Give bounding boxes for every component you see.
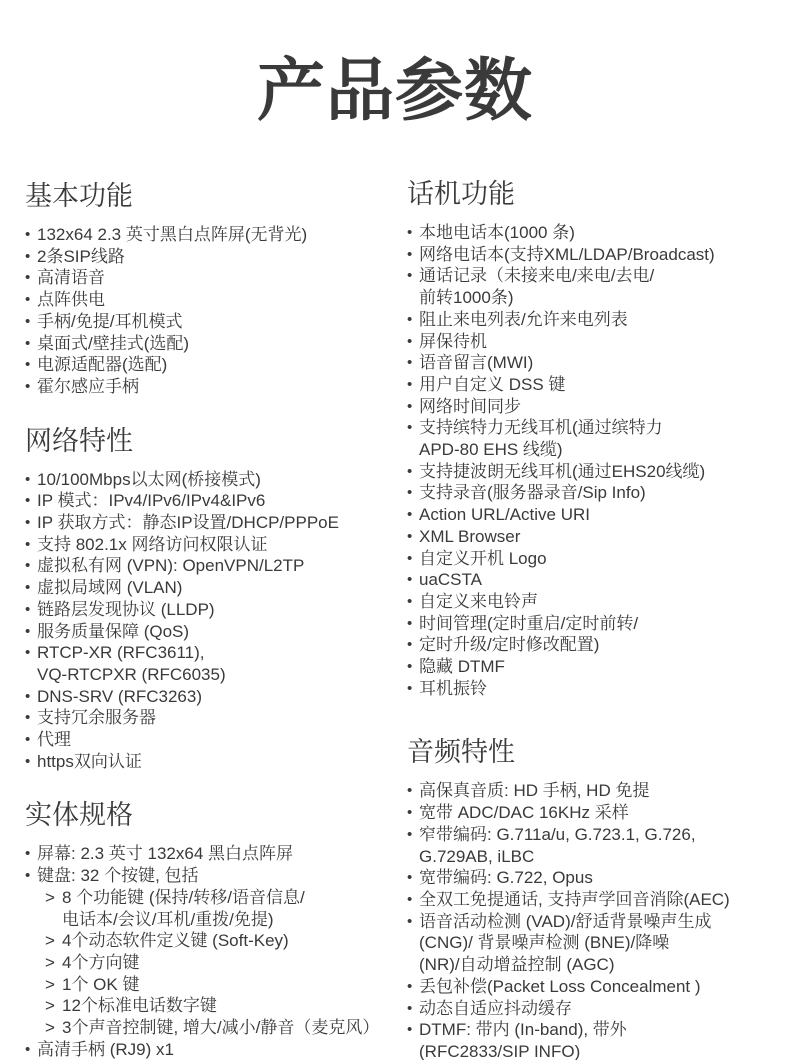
spec-item: •网络电话本(支持XML/LDAP/Broadcast) bbox=[407, 244, 789, 266]
bullet-icon: • bbox=[25, 555, 37, 577]
bullet-icon: • bbox=[407, 591, 419, 613]
spec-item-text: 本地电话本(1000 条) bbox=[419, 222, 575, 244]
spec-item-text: 电源适配器(选配) bbox=[37, 354, 167, 376]
spec-section: 网络特性•10/100Mbps以太网(桥接模式)•IP 模式：IPv4/IPv6… bbox=[25, 423, 407, 773]
spec-item: G.729AB, iLBC bbox=[407, 846, 789, 868]
spec-item-text: 耳机振铃 bbox=[419, 678, 487, 700]
spec-item: •手柄/免提/耳机模式 bbox=[25, 311, 407, 333]
bullet-icon: • bbox=[25, 490, 37, 512]
section-item-list: •高保真音质: HD 手柄, HD 免提•宽带 ADC/DAC 16KHz 采样… bbox=[407, 780, 789, 1060]
bullet-icon: • bbox=[407, 482, 419, 504]
spec-item: •代理 bbox=[25, 729, 407, 751]
spec-item-text: 桌面式/壁挂式(选配) bbox=[37, 333, 189, 355]
spec-item: •全双工免提通话, 支持声学回音消除(AEC) bbox=[407, 889, 789, 911]
spec-item-text: 宽带编码: G.722, Opus bbox=[419, 867, 593, 889]
bullet-icon: • bbox=[407, 613, 419, 635]
spec-item: APD-80 EHS 线缆) bbox=[407, 439, 789, 461]
bullet-icon: • bbox=[25, 267, 37, 289]
spec-item: •语音活动检测 (VAD)/舒适背景噪声生成 bbox=[407, 911, 789, 933]
bullet-icon: • bbox=[407, 976, 419, 998]
bullet-icon: • bbox=[25, 289, 37, 311]
spec-item: >8 个功能键 (保持/转移/语音信息/ bbox=[25, 887, 407, 909]
spec-item: (NR)/自动增益控制 (AGC) bbox=[407, 954, 789, 976]
spec-item-text: 10/100Mbps以太网(桥接模式) bbox=[37, 469, 261, 491]
section-heading: 实体规格 bbox=[25, 797, 407, 833]
bullet-icon: • bbox=[25, 621, 37, 643]
spec-item: •耳机振铃 bbox=[407, 678, 789, 700]
bullet-icon: • bbox=[407, 526, 419, 548]
spec-item: •支持冗余服务器 bbox=[25, 707, 407, 729]
spec-item: (RFC2833/SIP INFO) bbox=[407, 1041, 789, 1060]
bullet-icon: • bbox=[407, 802, 419, 824]
spec-item-text: 手柄/免提/耳机模式 bbox=[37, 311, 182, 333]
bullet-icon: • bbox=[407, 417, 419, 439]
spec-item: •IP 模式：IPv4/IPv6/IPv4&IPv6 bbox=[25, 490, 407, 512]
spec-item: •用户自定义 DSS 键 bbox=[407, 374, 789, 396]
spec-section: 基本功能•132x64 2.3 英寸黑白点阵屏(无背光)•2条SIP线路•高清语… bbox=[25, 178, 407, 398]
spec-item-text: 屏保待机 bbox=[419, 331, 487, 353]
spec-item: •支持缤特力无线耳机(通过缤特力 bbox=[407, 417, 789, 439]
spec-item: •高清语音 bbox=[25, 267, 407, 289]
spec-item-text: 点阵供电 bbox=[37, 289, 105, 311]
left-column: 基本功能•132x64 2.3 英寸黑白点阵屏(无背光)•2条SIP线路•高清语… bbox=[25, 178, 407, 1060]
section-item-list: •10/100Mbps以太网(桥接模式)•IP 模式：IPv4/IPv6/IPv… bbox=[25, 469, 407, 773]
spec-item: •屏保待机 bbox=[407, 331, 789, 353]
spec-item: •通话记录（未接来电/来电/去电/ bbox=[407, 265, 789, 287]
spec-item-text: 12个标准电话数字键 bbox=[62, 995, 217, 1017]
bullet-icon: • bbox=[25, 707, 37, 729]
bullet-icon: • bbox=[25, 354, 37, 376]
bullet-icon: • bbox=[25, 224, 37, 246]
spec-item: 前转1000条) bbox=[407, 287, 789, 309]
bullet-icon: • bbox=[407, 352, 419, 374]
spec-item: •霍尔感应手柄 bbox=[25, 376, 407, 398]
spec-item-text: 自定义开机 Logo bbox=[419, 548, 547, 570]
bullet-icon: • bbox=[25, 246, 37, 268]
section-item-list: •本地电话本(1000 条)•网络电话本(支持XML/LDAP/Broadcas… bbox=[407, 222, 789, 699]
spec-item: 电话本/会议/耳机/重拨/免提) bbox=[25, 909, 407, 931]
bullet-icon: • bbox=[25, 729, 37, 751]
spec-item: •虚拟私有网 (VPN): OpenVPN/L2TP bbox=[25, 555, 407, 577]
spec-item: VQ-RTCPXR (RFC6035) bbox=[25, 664, 407, 686]
bullet-icon: • bbox=[25, 534, 37, 556]
bullet-icon: • bbox=[25, 333, 37, 355]
spec-item: •支持 802.1x 网络访问权限认证 bbox=[25, 534, 407, 556]
bullet-icon: • bbox=[407, 374, 419, 396]
spec-item-text: RTCP-XR (RFC3611), bbox=[37, 642, 205, 664]
spec-item: •自定义开机 Logo bbox=[407, 548, 789, 570]
spec-item-text: 网络电话本(支持XML/LDAP/Broadcast) bbox=[419, 244, 715, 266]
spec-item-text: 动态自适应抖动缓存 bbox=[419, 998, 572, 1020]
section-heading: 音频特性 bbox=[407, 734, 789, 770]
spec-item-text: 支持捷波朗无线耳机(通过EHS20线缆) bbox=[419, 461, 705, 483]
sub-bullet-chevron-icon: > bbox=[45, 952, 62, 974]
spec-item-text: IP 模式：IPv4/IPv6/IPv4&IPv6 bbox=[37, 490, 265, 512]
spec-item: •隐藏 DTMF bbox=[407, 656, 789, 678]
spec-item-text: 1个 OK 键 bbox=[62, 974, 139, 996]
bullet-icon: • bbox=[407, 824, 419, 846]
spec-item: •窄带编码: G.711a/u, G.723.1, G.726, bbox=[407, 824, 789, 846]
spec-item-text: (NR)/自动增益控制 (AGC) bbox=[419, 954, 614, 976]
spec-item-text: 支持 802.1x 网络访问权限认证 bbox=[37, 534, 268, 556]
sub-bullet-chevron-icon: > bbox=[45, 887, 62, 909]
spec-item-text: 时间管理(定时重启/定时前转/ bbox=[419, 613, 638, 635]
bullet-icon: • bbox=[407, 867, 419, 889]
spec-item: •支持录音(服务器录音/Sip Info) bbox=[407, 482, 789, 504]
spec-item: •定时升级/定时修改配置) bbox=[407, 634, 789, 656]
spec-item-text: 支持缤特力无线耳机(通过缤特力 bbox=[419, 417, 663, 439]
spec-item: •2条SIP线路 bbox=[25, 246, 407, 268]
spec-item-text: DNS-SRV (RFC3263) bbox=[37, 686, 202, 708]
spec-item-text: 代理 bbox=[37, 729, 71, 751]
sub-bullet-chevron-icon: > bbox=[45, 995, 62, 1017]
spec-item: •支持捷波朗无线耳机(通过EHS20线缆) bbox=[407, 461, 789, 483]
spec-item-text: 丢包补偿(Packet Loss Concealment ) bbox=[419, 976, 701, 998]
bullet-icon: • bbox=[25, 599, 37, 621]
bullet-icon: • bbox=[407, 331, 419, 353]
spec-item: •RTCP-XR (RFC3611), bbox=[25, 642, 407, 664]
spec-item: •10/100Mbps以太网(桥接模式) bbox=[25, 469, 407, 491]
spec-item: •时间管理(定时重启/定时前转/ bbox=[407, 613, 789, 635]
spec-item-text: 键盘: 32 个按键, 包括 bbox=[37, 865, 199, 887]
spec-item-text: 支持冗余服务器 bbox=[37, 707, 156, 729]
spec-item: •本地电话本(1000 条) bbox=[407, 222, 789, 244]
spec-item: •动态自适应抖动缓存 bbox=[407, 998, 789, 1020]
spec-item-text: 3个声音控制键, 增大/减小/静音（麦克风） bbox=[62, 1017, 379, 1039]
spec-item-text: 屏幕: 2.3 英寸 132x64 黑白点阵屏 bbox=[37, 843, 293, 865]
spec-item-text: 前转1000条) bbox=[419, 287, 513, 309]
spec-item-text: 定时升级/定时修改配置) bbox=[419, 634, 599, 656]
section-heading: 网络特性 bbox=[25, 423, 407, 459]
bullet-icon: • bbox=[407, 998, 419, 1020]
bullet-icon: • bbox=[25, 865, 37, 887]
bullet-icon: • bbox=[407, 780, 419, 802]
bullet-icon: • bbox=[25, 376, 37, 398]
spec-item-text: APD-80 EHS 线缆) bbox=[419, 439, 563, 461]
spec-item: >3个声音控制键, 增大/减小/静音（麦克风） bbox=[25, 1017, 407, 1039]
spec-item: >12个标准电话数字键 bbox=[25, 995, 407, 1017]
bullet-icon: • bbox=[25, 577, 37, 599]
spec-item-text: Action URL/Active URI bbox=[419, 504, 590, 526]
spec-item: •uaCSTA bbox=[407, 569, 789, 591]
spec-item-text: 高清手柄 (RJ9) x1 bbox=[37, 1039, 174, 1060]
spec-item-text: 阻止来电列表/允许来电列表 bbox=[419, 309, 628, 331]
spec-item-text: 语音活动检测 (VAD)/舒适背景噪声生成 bbox=[419, 911, 711, 933]
section-item-list: •132x64 2.3 英寸黑白点阵屏(无背光)•2条SIP线路•高清语音•点阵… bbox=[25, 224, 407, 398]
sub-bullet-chevron-icon: > bbox=[45, 974, 62, 996]
page-title: 产品参数 bbox=[0, 56, 790, 127]
spec-item-text: 网络时间同步 bbox=[419, 396, 521, 418]
spec-item-text: 语音留言(MWI) bbox=[419, 352, 533, 374]
spec-item: •https双向认证 bbox=[25, 751, 407, 773]
spec-item: •132x64 2.3 英寸黑白点阵屏(无背光) bbox=[25, 224, 407, 246]
sub-bullet-chevron-icon: > bbox=[45, 930, 62, 952]
spec-item: •桌面式/壁挂式(选配) bbox=[25, 333, 407, 355]
spec-item-text: 窄带编码: G.711a/u, G.723.1, G.726, bbox=[419, 824, 696, 846]
spec-item-text: 霍尔感应手柄 bbox=[37, 376, 139, 398]
spec-item: •DNS-SRV (RFC3263) bbox=[25, 686, 407, 708]
spec-item-text: (RFC2833/SIP INFO) bbox=[419, 1041, 580, 1060]
bullet-icon: • bbox=[407, 911, 419, 933]
bullet-icon: • bbox=[25, 843, 37, 865]
spec-item-text: 用户自定义 DSS 键 bbox=[419, 374, 565, 396]
spec-item-text: 自定义来电铃声 bbox=[419, 591, 538, 613]
spec-item: >4个动态软件定义键 (Soft-Key) bbox=[25, 930, 407, 952]
bullet-icon: • bbox=[407, 222, 419, 244]
bullet-icon: • bbox=[407, 1019, 419, 1041]
spec-item-text: DTMF: 带内 (In-band), 带外 bbox=[419, 1019, 627, 1041]
spec-item-text: 支持录音(服务器录音/Sip Info) bbox=[419, 482, 646, 504]
spec-item: •XML Browser bbox=[407, 526, 789, 548]
spec-item-text: 全双工免提通话, 支持声学回音消除(AEC) bbox=[419, 889, 730, 911]
spec-item-text: G.729AB, iLBC bbox=[419, 846, 534, 868]
spec-item: •IP 获取方式：静态IP设置/DHCP/PPPoE bbox=[25, 512, 407, 534]
spec-item: •丢包补偿(Packet Loss Concealment ) bbox=[407, 976, 789, 998]
spec-item-text: 4个方向键 bbox=[62, 952, 139, 974]
bullet-icon: • bbox=[25, 642, 37, 664]
spec-item-text: (CNG)/ 背景噪声检测 (BNE)/降噪 bbox=[419, 932, 669, 954]
spec-item-text: 宽带 ADC/DAC 16KHz 采样 bbox=[419, 802, 629, 824]
spec-item-text: XML Browser bbox=[419, 526, 520, 548]
spec-section: 话机功能•本地电话本(1000 条)•网络电话本(支持XML/LDAP/Broa… bbox=[407, 176, 789, 699]
spec-item: •链路层发现协议 (LLDP) bbox=[25, 599, 407, 621]
spec-item-text: https双向认证 bbox=[37, 751, 142, 773]
spec-item-text: IP 获取方式：静态IP设置/DHCP/PPPoE bbox=[37, 512, 339, 534]
spec-item-text: 高保真音质: HD 手柄, HD 免提 bbox=[419, 780, 649, 802]
bullet-icon: • bbox=[407, 309, 419, 331]
spec-item-text: 隐藏 DTMF bbox=[419, 656, 505, 678]
spec-item-text: uaCSTA bbox=[419, 569, 482, 591]
spec-item-text: 链路层发现协议 (LLDP) bbox=[37, 599, 215, 621]
spec-item: >1个 OK 键 bbox=[25, 974, 407, 996]
section-heading: 话机功能 bbox=[407, 176, 789, 212]
bullet-icon: • bbox=[407, 569, 419, 591]
spec-item: •宽带编码: G.722, Opus bbox=[407, 867, 789, 889]
spec-item: •DTMF: 带内 (In-band), 带外 bbox=[407, 1019, 789, 1041]
bullet-icon: • bbox=[25, 311, 37, 333]
spec-item-text: 132x64 2.3 英寸黑白点阵屏(无背光) bbox=[37, 224, 307, 246]
spec-item: •宽带 ADC/DAC 16KHz 采样 bbox=[407, 802, 789, 824]
spec-item-text: 通话记录（未接来电/来电/去电/ bbox=[419, 265, 654, 287]
spec-item: •语音留言(MWI) bbox=[407, 352, 789, 374]
spec-item-text: 电话本/会议/耳机/重拨/免提) bbox=[62, 909, 274, 931]
section-item-list: •屏幕: 2.3 英寸 132x64 黑白点阵屏•键盘: 32 个按键, 包括>… bbox=[25, 843, 407, 1060]
spec-item: •屏幕: 2.3 英寸 132x64 黑白点阵屏 bbox=[25, 843, 407, 865]
spec-section: 实体规格•屏幕: 2.3 英寸 132x64 黑白点阵屏•键盘: 32 个按键,… bbox=[25, 797, 407, 1060]
bullet-icon: • bbox=[407, 678, 419, 700]
bullet-icon: • bbox=[407, 396, 419, 418]
sub-bullet-chevron-icon: > bbox=[45, 1017, 62, 1039]
spec-item: (CNG)/ 背景噪声检测 (BNE)/降噪 bbox=[407, 932, 789, 954]
spec-item-text: 2条SIP线路 bbox=[37, 246, 125, 268]
spec-item: >4个方向键 bbox=[25, 952, 407, 974]
spec-item-text: 虚拟私有网 (VPN): OpenVPN/L2TP bbox=[37, 555, 304, 577]
bullet-icon: • bbox=[407, 548, 419, 570]
bullet-icon: • bbox=[25, 469, 37, 491]
spec-item-text: 高清语音 bbox=[37, 267, 105, 289]
spec-item: •网络时间同步 bbox=[407, 396, 789, 418]
spec-item: •高清手柄 (RJ9) x1 bbox=[25, 1039, 407, 1060]
bullet-icon: • bbox=[407, 461, 419, 483]
spec-item-text: 4个动态软件定义键 (Soft-Key) bbox=[62, 930, 289, 952]
spec-item-text: 虚拟局域网 (VLAN) bbox=[37, 577, 182, 599]
bullet-icon: • bbox=[407, 265, 419, 287]
spec-item: •虚拟局域网 (VLAN) bbox=[25, 577, 407, 599]
spec-item: •高保真音质: HD 手柄, HD 免提 bbox=[407, 780, 789, 802]
bullet-icon: • bbox=[407, 244, 419, 266]
spec-item: •点阵供电 bbox=[25, 289, 407, 311]
bullet-icon: • bbox=[25, 1039, 37, 1060]
bullet-icon: • bbox=[407, 634, 419, 656]
bullet-icon: • bbox=[25, 686, 37, 708]
spec-item: •Action URL/Active URI bbox=[407, 504, 789, 526]
bullet-icon: • bbox=[407, 656, 419, 678]
spec-item: •自定义来电铃声 bbox=[407, 591, 789, 613]
spec-item-text: VQ-RTCPXR (RFC6035) bbox=[37, 664, 226, 686]
bullet-icon: • bbox=[407, 889, 419, 911]
right-column: 话机功能•本地电话本(1000 条)•网络电话本(支持XML/LDAP/Broa… bbox=[407, 176, 789, 1060]
bullet-icon: • bbox=[25, 751, 37, 773]
bullet-icon: • bbox=[407, 504, 419, 526]
section-heading: 基本功能 bbox=[25, 178, 407, 214]
spec-item: •电源适配器(选配) bbox=[25, 354, 407, 376]
spec-item-text: 8 个功能键 (保持/转移/语音信息/ bbox=[62, 887, 305, 909]
spec-item: •阻止来电列表/允许来电列表 bbox=[407, 309, 789, 331]
bullet-icon: • bbox=[25, 512, 37, 534]
spec-item-text: 服务质量保障 (QoS) bbox=[37, 621, 189, 643]
spec-section: 音频特性•高保真音质: HD 手柄, HD 免提•宽带 ADC/DAC 16KH… bbox=[407, 734, 789, 1060]
spec-item: •键盘: 32 个按键, 包括 bbox=[25, 865, 407, 887]
spec-item: •服务质量保障 (QoS) bbox=[25, 621, 407, 643]
